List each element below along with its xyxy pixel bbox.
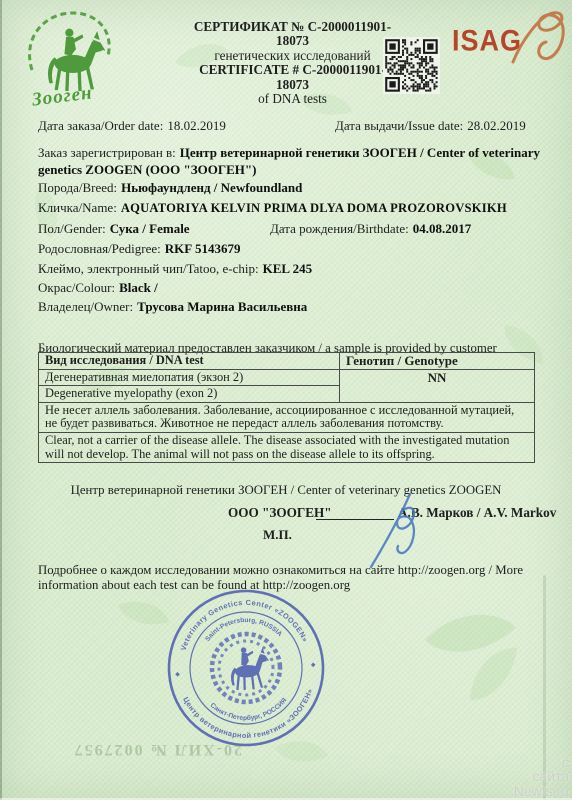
tatoo-chip-value: KEL 245 bbox=[263, 261, 313, 276]
pedigree-label: Родословная/Pedigree: bbox=[38, 241, 161, 256]
title-en-number: 18073 bbox=[185, 78, 400, 92]
order-date-label: Дата заказа/Order date: bbox=[38, 118, 163, 133]
signature-ink bbox=[366, 491, 428, 569]
tatoo-chip-field: Клеймо, электронный чип/Tatoo, e-chip:KE… bbox=[38, 261, 554, 278]
svg-text:◆: ◆ bbox=[175, 672, 180, 678]
owner-value: Трусова Марина Васильевна bbox=[137, 299, 307, 314]
subtitle-en: of DNA tests bbox=[185, 92, 400, 106]
genotype-value: NN bbox=[340, 369, 535, 402]
svg-text:◆: ◆ bbox=[311, 662, 316, 668]
site-watermark: с сайта Newfs.ru bbox=[514, 755, 569, 799]
title-ru-number: 18073 bbox=[185, 34, 400, 48]
issue-date-value: 28.02.2019 bbox=[467, 118, 526, 133]
birthdate-field: Дата рождения/Birthdate:04.08.2017 bbox=[270, 221, 560, 238]
gender-value: Сука / Female bbox=[110, 221, 190, 236]
breed-field: Порода/Breed:Ньюфаундленд / Newfoundland bbox=[38, 180, 554, 197]
result-row-ru: Не несет аллель заболевания. Заболевание… bbox=[39, 402, 535, 432]
pedigree-value: RKF 5143679 bbox=[165, 241, 241, 256]
table-header-row: Вид исследования / DNA test Генотип / Ge… bbox=[39, 353, 535, 370]
result-row-en: Clear, not a carrier of the disease alle… bbox=[39, 432, 535, 462]
site-watermark-line1: с bbox=[514, 755, 569, 770]
breed-label: Порода/Breed: bbox=[38, 180, 117, 195]
title-ru: СЕРТИФИКАТ № С-2000011901- bbox=[185, 20, 400, 34]
tatoo-chip-label: Клеймо, электронный чип/Tatoo, e-chip: bbox=[38, 261, 259, 276]
result-text-en: Clear, not a carrier of the disease alle… bbox=[39, 432, 535, 462]
col-genotype-header: Генотип / Genotype bbox=[340, 353, 535, 370]
certificate-title: СЕРТИФИКАТ № С-2000011901- 18073 генетич… bbox=[185, 20, 400, 106]
issue-date-label: Дата выдачи/Issue date: bbox=[335, 118, 463, 133]
isag-swirl-icon bbox=[505, 8, 569, 68]
stamp-place-label: М.П. bbox=[263, 527, 292, 543]
test-name-en: Degenerative myelopathy (exon 2) bbox=[39, 386, 340, 403]
paper-serial-number: 20-ХИЛ № 0027957 bbox=[42, 740, 242, 758]
dna-test-table: Вид исследования / DNA test Генотип / Ge… bbox=[38, 352, 535, 463]
owner-field: Владелец/Owner:Трусова Марина Васильевна bbox=[38, 299, 554, 316]
registered-at-field: Заказ зарегистрирован в:Центр ветеринарн… bbox=[38, 145, 554, 178]
gender-label: Пол/Gender: bbox=[38, 221, 106, 236]
issue-date-field: Дата выдачи/Issue date:28.02.2019 bbox=[335, 118, 565, 135]
test-row-ru: Дегенеративная миелопатия (экзон 2) NN bbox=[39, 369, 535, 386]
name-value: AQUATORIYA KELVIN PRIMA DLYA DOMA PROZOR… bbox=[121, 201, 507, 215]
site-watermark-line3: Newfs.ru bbox=[514, 784, 569, 799]
name-label: Кличка/Name: bbox=[38, 200, 117, 215]
pedigree-field: Родословная/Pedigree:RKF 5143679 bbox=[38, 241, 554, 258]
result-text-ru: Не несет аллель заболевания. Заболевание… bbox=[39, 402, 535, 432]
qr-code bbox=[383, 37, 440, 94]
breed-value: Ньюфаундленд / Newfoundland bbox=[121, 180, 302, 195]
site-watermark-line2: сайта bbox=[514, 769, 569, 784]
title-en: CERTIFICATE # C-2000011901- bbox=[185, 63, 400, 77]
certificate-page: Зооген СЕРТИФИКАТ № С-2000011901- 18073 … bbox=[0, 0, 572, 800]
colour-label: Окрас/Colour: bbox=[38, 280, 115, 295]
gender-field: Пол/Gender:Сука / Female bbox=[38, 221, 298, 238]
owner-label: Владелец/Owner: bbox=[38, 299, 133, 314]
round-stamp: Veterinary Genetics Center «ZOOGEN» Цент… bbox=[161, 583, 332, 754]
center-name-line: Центр ветеринарной генетики ЗООГЕН / Cen… bbox=[0, 483, 572, 498]
scan-edge-left bbox=[0, 0, 2, 800]
colour-value: Black / bbox=[119, 280, 158, 295]
registered-at-label: Заказ зарегистрирован в: bbox=[38, 145, 176, 160]
birthdate-label: Дата рождения/Birthdate: bbox=[270, 221, 409, 236]
birthdate-value: 04.08.2017 bbox=[413, 221, 472, 236]
name-field: Кличка/Name:AQUATORIYA KELVIN PRIMA DLYA… bbox=[38, 200, 554, 217]
test-name-ru: Дегенеративная миелопатия (экзон 2) bbox=[39, 369, 340, 386]
colour-field: Окрас/Colour:Black / bbox=[38, 280, 554, 297]
subtitle-ru: генетических исследований bbox=[185, 49, 400, 63]
order-date-value: 18.02.2019 bbox=[167, 118, 226, 133]
col-test-header: Вид исследования / DNA test bbox=[39, 353, 340, 370]
